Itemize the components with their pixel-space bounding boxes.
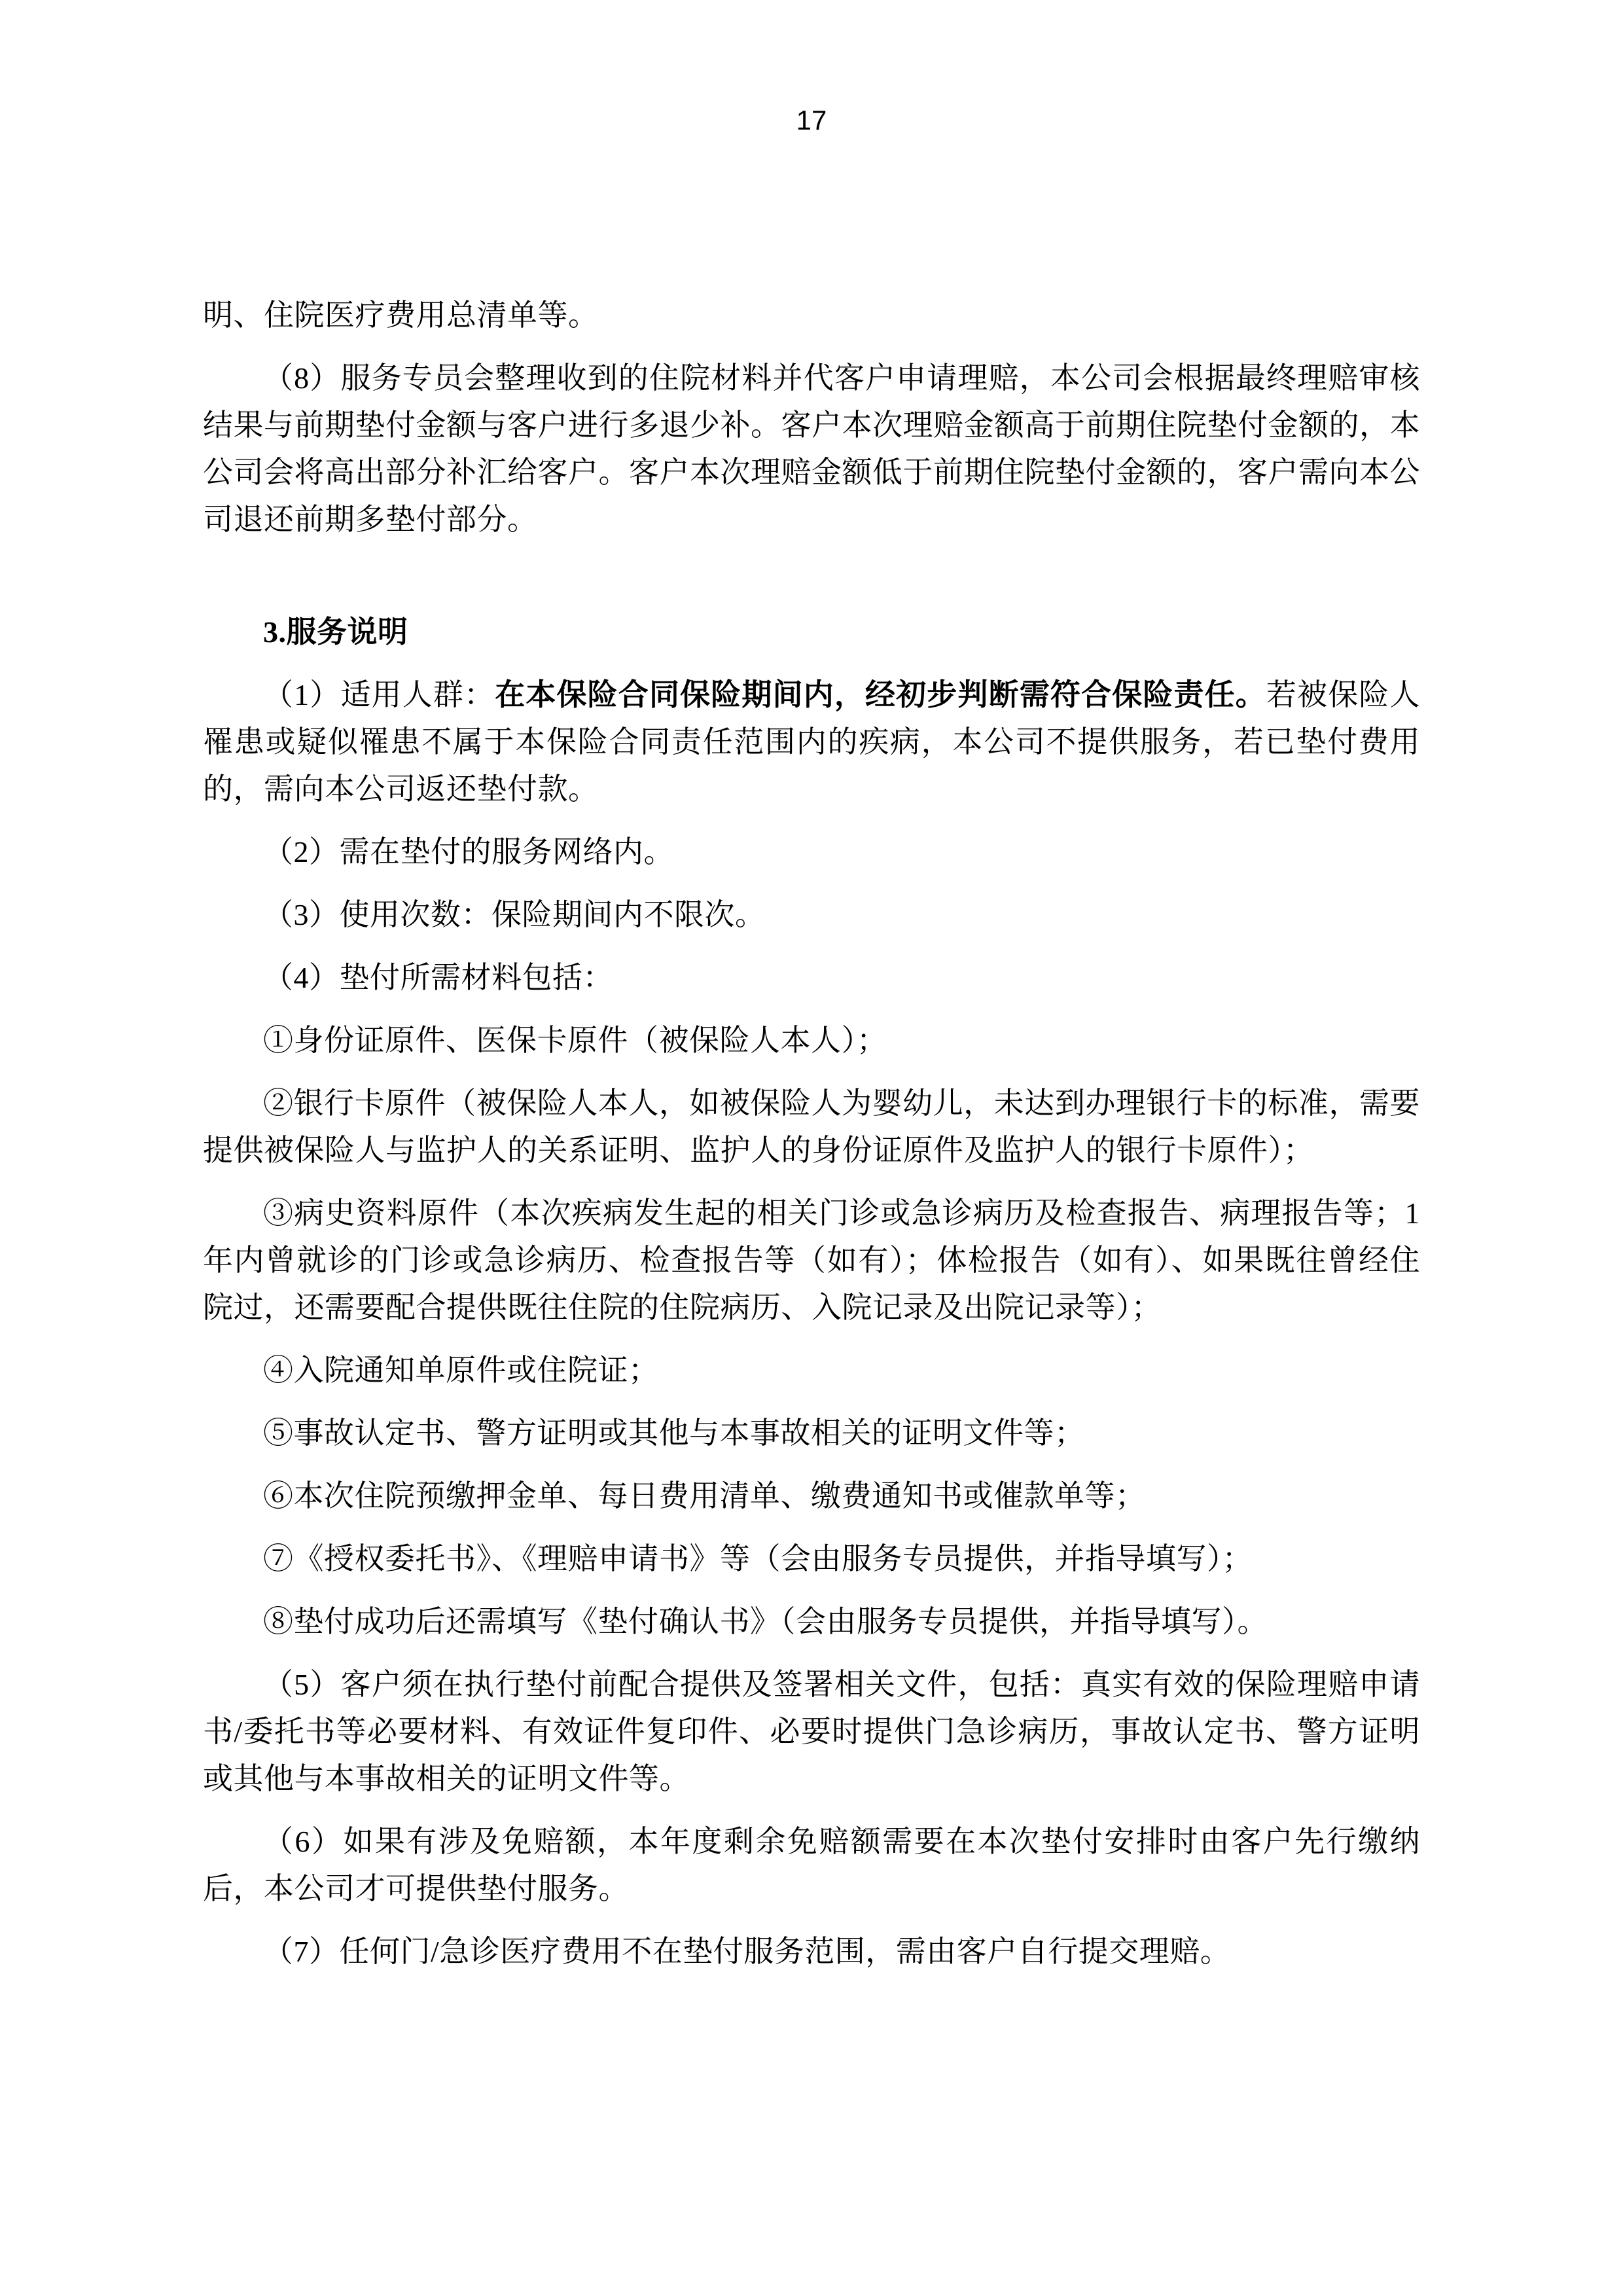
paragraph: ③病史资料原件（本次疾病发生起的相关门诊或急诊病历及检查报告、病理报告等；1年内… bbox=[203, 1190, 1420, 1331]
text-run: （5）客户须在执行垫付前配合提供及签署相关文件，包括：真实有效的保险理赔申请书/… bbox=[203, 1668, 1420, 1795]
paragraph: ⑤事故认定书、警方证明或其他与本事故相关的证明文件等； bbox=[203, 1410, 1420, 1457]
paragraph: ⑦《授权委托书》、《理赔申请书》等（会由服务专员提供，并指导填写）； bbox=[203, 1535, 1420, 1583]
text-run: （3）使用次数：保险期间内不限次。 bbox=[263, 898, 766, 931]
text-run: （1）适用人群： bbox=[263, 678, 495, 711]
text-run: ⑦《授权委托书》、《理赔申请书》等（会由服务专员提供，并指导填写）； bbox=[263, 1542, 1253, 1575]
text-run: （2）需在垫付的服务网络内。 bbox=[263, 835, 674, 869]
section-heading: 3.服务说明 bbox=[203, 609, 1420, 656]
paragraph: ⑧垫付成功后还需填写《垫付确认书》（会由服务专员提供，并指导填写）。 bbox=[203, 1598, 1420, 1645]
paragraph: ②银行卡原件（被保险人本人，如被保险人为婴幼儿，未达到办理银行卡的标准，需要提供… bbox=[203, 1080, 1420, 1174]
text-run: 3.服务说明 bbox=[263, 615, 408, 649]
page-number: 17 bbox=[203, 105, 1420, 136]
paragraph: （5）客户须在执行垫付前配合提供及签署相关文件，包括：真实有效的保险理赔申请书/… bbox=[203, 1661, 1420, 1803]
paragraph: （6）如果有涉及免赔额，本年度剩余免赔额需要在本次垫付安排时由客户先行缴纳后，本… bbox=[203, 1818, 1420, 1912]
bold-text-run: 在本保险合同保险期间内，经初步判断需符合保险责任。 bbox=[495, 678, 1266, 711]
text-run: ①身份证原件、医保卡原件（被保险人本人）； bbox=[263, 1024, 887, 1057]
text-run: （4）垫付所需材料包括： bbox=[263, 961, 613, 994]
paragraph: 明、住院医疗费用总清单等。 bbox=[203, 292, 1420, 339]
paragraph: ①身份证原件、医保卡原件（被保险人本人）； bbox=[203, 1017, 1420, 1064]
text-run: （7）任何门/急诊医疗费用不在垫付服务范围，需由客户自行提交理赔。 bbox=[263, 1935, 1230, 1968]
paragraph: ⑥本次住院预缴押金单、每日费用清单、缴费通知书或催款单等； bbox=[203, 1473, 1420, 1520]
text-run: ⑤事故认定书、警方证明或其他与本事故相关的证明文件等； bbox=[263, 1416, 1085, 1450]
paragraph: （4）垫付所需材料包括： bbox=[203, 954, 1420, 1001]
text-run: （8）服务专员会整理收到的住院材料并代客户申请理赔，本公司会根据最终理赔审核结果… bbox=[203, 361, 1420, 536]
text-run: ②银行卡原件（被保险人本人，如被保险人为婴幼儿，未达到办理银行卡的标准，需要提供… bbox=[203, 1086, 1420, 1167]
document-page: 17 明、住院医疗费用总清单等。（8）服务专员会整理收到的住院材料并代客户申请理… bbox=[0, 0, 1623, 2296]
text-run: ⑥本次住院预缴押金单、每日费用清单、缴费通知书或催款单等； bbox=[263, 1479, 1146, 1513]
paragraph: （8）服务专员会整理收到的住院材料并代客户申请理赔，本公司会根据最终理赔审核结果… bbox=[203, 355, 1420, 543]
text-run: ③病史资料原件（本次疾病发生起的相关门诊或急诊病历及检查报告、病理报告等；1年内… bbox=[203, 1196, 1420, 1324]
paragraph: （1）适用人群：在本保险合同保险期间内，经初步判断需符合保险责任。若被保险人罹患… bbox=[203, 672, 1420, 813]
text-run: 明、住院医疗费用总清单等。 bbox=[203, 298, 599, 332]
document-body: 明、住院医疗费用总清单等。（8）服务专员会整理收到的住院材料并代客户申请理赔，本… bbox=[203, 292, 1420, 1975]
paragraph: （2）需在垫付的服务网络内。 bbox=[203, 829, 1420, 876]
text-run: ④入院通知单原件或住院证； bbox=[263, 1354, 659, 1387]
paragraph: （7）任何门/急诊医疗费用不在垫付服务范围，需由客户自行提交理赔。 bbox=[203, 1928, 1420, 1975]
paragraph: （3）使用次数：保险期间内不限次。 bbox=[203, 891, 1420, 939]
text-run: （6）如果有涉及免赔额，本年度剩余免赔额需要在本次垫付安排时由客户先行缴纳后，本… bbox=[203, 1825, 1420, 1905]
text-run: ⑧垫付成功后还需填写《垫付确认书》（会由服务专员提供，并指导填写）。 bbox=[263, 1605, 1268, 1638]
paragraph: ④入院通知单原件或住院证； bbox=[203, 1347, 1420, 1394]
